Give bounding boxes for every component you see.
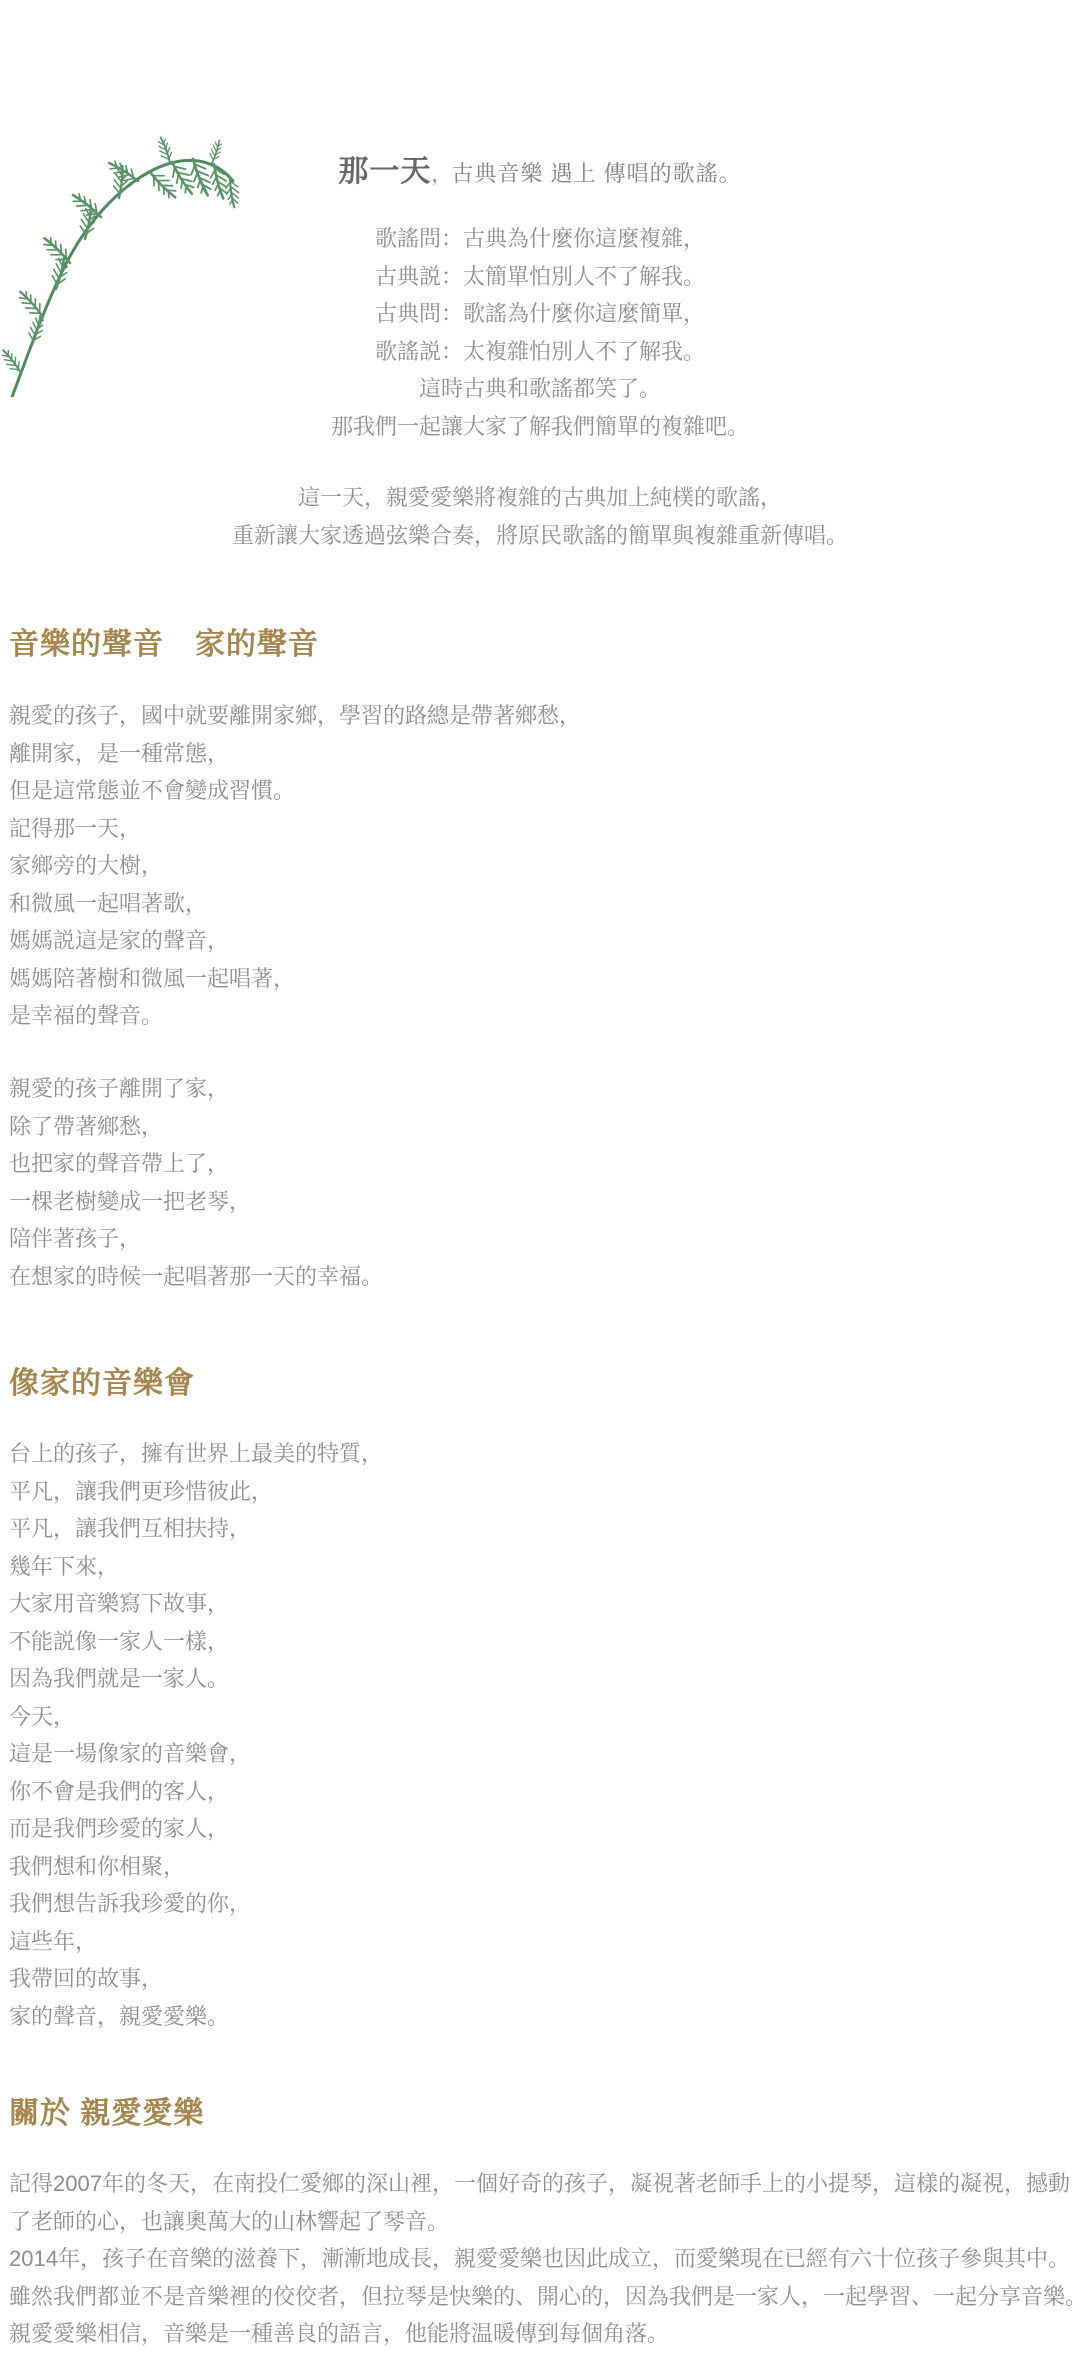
- body-line: 今天，: [9, 1698, 383, 1736]
- poem-line: 歌謠問：古典為什麼你這麼複雜，: [0, 220, 1080, 258]
- section-heading-about: 關於 親愛愛樂: [9, 2088, 204, 2132]
- body-line: 親愛愛樂相信，音樂是一種善良的語言，他能將温暖傳到每個角落。: [9, 2315, 1080, 2353]
- body-line: 也把家的聲音帶上了，: [9, 1145, 383, 1183]
- intro-line: 這一天，親愛愛樂將複雜的古典加上純樸的歌謠，: [0, 479, 1080, 517]
- page: 那一天，古典音樂 遇上 傳唱的歌謠。 歌謠問：古典為什麼你這麼複雜， 古典説：太…: [0, 0, 1080, 2367]
- body-line: 你不會是我們的客人，: [9, 1773, 383, 1811]
- body-line: 親愛的孩子離開了家，: [9, 1070, 383, 1108]
- body-line: 媽媽説這是家的聲音，: [9, 922, 581, 960]
- section-heading-voice-of-home: 音樂的聲音 家的聲音: [9, 619, 319, 663]
- poem-line: 那我們一起讓大家了解我們簡單的複雜吧。: [0, 408, 1080, 446]
- body-line: 但是這常態並不會變成習慣。: [9, 772, 581, 810]
- body-line: 媽媽陪著樹和微風一起唱著，: [9, 960, 581, 998]
- body-line: 我帶回的故事，: [9, 1960, 383, 1998]
- body-line: 我們想和你相聚，: [9, 1848, 383, 1886]
- body-line: 台上的孩子，擁有世界上最美的特質，: [9, 1435, 383, 1473]
- poem-line: 歌謠説：太複雜怕別人不了解我。: [0, 333, 1080, 371]
- intro-line: 重新讓大家透過弦樂合奏，將原民歌謠的簡單與複雜重新傳唱。: [0, 517, 1080, 555]
- body-line: 大家用音樂寫下故事，: [9, 1585, 383, 1623]
- body-line: 一棵老樹變成一把老琴，: [9, 1183, 383, 1221]
- body-line: 記得2007年的冬天，在南投仁愛鄉的深山裡，一個好奇的孩子，凝視著老師手上的小提…: [9, 2165, 1080, 2203]
- body-line: 這是一場像家的音樂會，: [9, 1735, 383, 1773]
- body-line: 雖然我們都並不是音樂裡的佼佼者，但拉琴是快樂的、開心的，因為我們是一家人，一起學…: [9, 2278, 1080, 2316]
- body-line: 因為我們就是一家人。: [9, 1660, 383, 1698]
- body-line: 幾年下來，: [9, 1548, 383, 1586]
- title-subtitle: 古典音樂 遇上 傳唱的歌謠。: [451, 161, 741, 186]
- body-line: 平凡，讓我們更珍惜彼此，: [9, 1473, 383, 1511]
- body-line: 記得那一天，: [9, 810, 581, 848]
- section-1-paragraph-1: 親愛的孩子，國中就要離開家鄉，學習的路總是帶著鄉愁， 離開家，是一種常態， 但是…: [9, 697, 581, 1035]
- body-line: 和微風一起唱著歌，: [9, 885, 581, 923]
- body-line: 在想家的時候一起唱著那一天的幸福。: [9, 1258, 383, 1296]
- poem-line: 這時古典和歌謠都笑了。: [0, 370, 1080, 408]
- body-line: 親愛的孩子，國中就要離開家鄉，學習的路總是帶著鄉愁，: [9, 697, 581, 735]
- poem-line: 古典説：太簡單怕別人不了解我。: [0, 258, 1080, 296]
- poem-line: 古典問：歌謠為什麼你這麼簡單，: [0, 295, 1080, 333]
- body-line: 除了帶著鄉愁，: [9, 1108, 383, 1146]
- section-3-paragraph-1: 記得2007年的冬天，在南投仁愛鄉的深山裡，一個好奇的孩子，凝視著老師手上的小提…: [9, 2165, 1080, 2353]
- section-2-paragraph-1: 台上的孩子，擁有世界上最美的特質， 平凡，讓我們更珍惜彼此， 平凡，讓我們互相扶…: [9, 1435, 383, 2035]
- intro-couplet: 這一天，親愛愛樂將複雜的古典加上純樸的歌謠， 重新讓大家透過弦樂合奏，將原民歌謠…: [0, 479, 1080, 554]
- body-line: 了老師的心，也讓奧萬大的山林響起了琴音。: [9, 2203, 1080, 2241]
- dialogue-poem: 歌謠問：古典為什麼你這麼複雜， 古典説：太簡單怕別人不了解我。 古典問：歌謠為什…: [0, 220, 1080, 445]
- body-line: 不能説像一家人一樣，: [9, 1623, 383, 1661]
- body-line: 這些年，: [9, 1923, 383, 1961]
- title-text: 那一天: [338, 155, 431, 188]
- title-comma: ，: [431, 164, 451, 186]
- body-line: 是幸福的聲音。: [9, 997, 581, 1035]
- body-line: 陪伴著孩子，: [9, 1220, 383, 1258]
- body-line: 家鄉旁的大樹，: [9, 847, 581, 885]
- body-line: 離開家，是一種常態，: [9, 735, 581, 773]
- body-line: 家的聲音，親愛愛樂。: [9, 1998, 383, 2036]
- section-heading-concert-like-home: 像家的音樂會: [9, 1358, 195, 1402]
- body-line: 平凡，讓我們互相扶持，: [9, 1510, 383, 1548]
- body-line: 而是我們珍愛的家人，: [9, 1810, 383, 1848]
- body-line: 2014年，孩子在音樂的滋養下，漸漸地成長，親愛愛樂也因此成立，而愛樂現在已經有…: [9, 2240, 1080, 2278]
- body-line: 我們想告訴我珍愛的你，: [9, 1885, 383, 1923]
- section-1-paragraph-2: 親愛的孩子離開了家， 除了帶著鄉愁， 也把家的聲音帶上了， 一棵老樹變成一把老琴…: [9, 1070, 383, 1295]
- page-title: 那一天，古典音樂 遇上 傳唱的歌謠。: [0, 146, 1080, 190]
